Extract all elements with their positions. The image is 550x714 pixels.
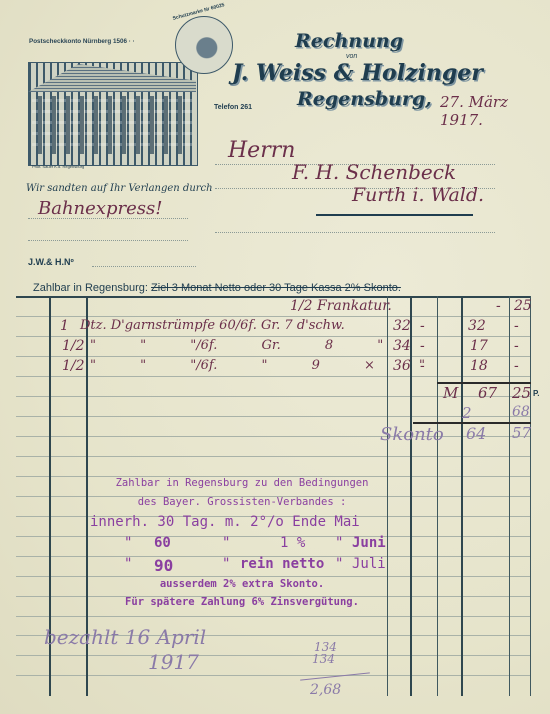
total-pf: 25 <box>512 384 531 402</box>
payment-prefix: Zahlbar in Regensburg: <box>33 282 148 294</box>
shipping-line <box>28 240 188 241</box>
line-item-unit-pf: - <box>420 358 425 374</box>
line-item-amount: - <box>496 298 501 314</box>
reference-label: J.W.& H.Nº <box>28 257 74 267</box>
ruled-line <box>16 576 531 577</box>
stamp-month-juni: Juni <box>352 535 386 551</box>
line-item-qty: 1 <box>60 318 69 334</box>
ruled-line <box>16 675 531 676</box>
column-divider <box>461 296 463 696</box>
pf-label: P. <box>533 389 540 398</box>
column-divider <box>410 296 412 696</box>
line-item-description: 1/2 Frankatur. <box>290 298 392 314</box>
ditto-mark: " <box>335 556 343 572</box>
column-divider <box>509 296 510 696</box>
trademark-emblem-icon <box>175 16 233 74</box>
building-windows <box>32 96 192 154</box>
total-amount: 67 <box>478 384 497 402</box>
telephone: Telefon 261 <box>214 104 252 111</box>
paid-note: bezahlt 16 April <box>44 625 206 649</box>
ditto-mark: " <box>124 535 132 551</box>
net-pf: 57 <box>512 424 531 442</box>
invoice-date: 27. März 1917. <box>440 93 550 129</box>
company-city: Regensburg, <box>297 88 432 110</box>
line-item-unit-price: 34 <box>393 338 411 354</box>
ruled-line <box>16 356 531 357</box>
address-underline <box>316 214 473 216</box>
pencil-sum-rule <box>300 672 370 680</box>
ruled-line <box>16 316 531 317</box>
table-top-border <box>16 296 531 298</box>
invoice-paper: Postscheckkonto Nürnberg 1506 · · Postsp… <box>0 0 550 714</box>
pencil-sum-2: 134 <box>312 652 335 666</box>
ditto-mark: " <box>222 535 230 551</box>
ruled-line <box>16 336 531 337</box>
pencil-sum-total: 2,68 <box>310 682 341 698</box>
recipient-name: F. H. Schenbeck <box>292 160 456 184</box>
ditto-mark: " <box>124 556 132 572</box>
address-line <box>215 232 495 233</box>
stamp-line-2: des Bayer. Grossisten-Verbandes : <box>92 496 392 508</box>
line-item-description: " " "/6f. Gr. 8 " <box>90 338 383 353</box>
bank-line: Postscheckkonto Nürnberg 1506 · · <box>29 38 140 46</box>
company-name: J. Weiss & Holzinger <box>232 60 483 86</box>
stamp-month-juli: Juli <box>352 556 386 572</box>
stamp-line-7: Für spätere Zahlung 6% Zinsvergütung. <box>92 596 392 608</box>
line-item-amount-pf: - <box>514 318 519 334</box>
column-divider <box>530 296 531 696</box>
shipping-method: Bahnexpress! <box>38 198 162 219</box>
line-item-qty: 1/2 <box>62 358 85 374</box>
stamp-line-1: Zahlbar in Regensburg zu den Bedingungen <box>92 477 392 489</box>
von-label: von <box>346 53 357 60</box>
ruled-line <box>16 536 531 537</box>
recipient-salutation: Herrn <box>228 138 295 163</box>
line-item-unit-pf: - <box>420 338 425 354</box>
column-divider <box>437 296 438 696</box>
line-item-description: Dtz. D'garnstrümpfe 60/6f. Gr. 7 d'schw. <box>80 318 345 333</box>
net-label: Skonto <box>380 424 444 445</box>
stamp-line-6: ausserdem 2% extra Skonto. <box>92 578 392 590</box>
recipient-place: Furth i. Wald. <box>352 184 484 206</box>
ruled-line <box>16 416 531 417</box>
line-item-amount-pf: - <box>514 358 519 374</box>
line-item-amount-pf: 25 <box>514 298 532 314</box>
ditto-mark: " <box>335 535 343 551</box>
stamp-line-3: innerh. 30 Tag. m. 2°/o Ende Mai <box>90 514 390 530</box>
discount-amount: 2 <box>462 404 472 422</box>
reference-line <box>92 266 196 267</box>
stamp-rate-1: 1 % <box>280 535 305 551</box>
ruled-line <box>16 616 531 617</box>
ruled-line <box>16 655 531 656</box>
ruled-line <box>16 436 531 437</box>
ruled-line <box>16 456 531 457</box>
line-item-description: " " "/6f. " 9 × " <box>90 358 425 373</box>
line-item-unit-price: 36 <box>393 358 411 374</box>
line-item-unit-pf: - <box>420 318 425 334</box>
line-item-amount: 32 <box>468 318 486 334</box>
line-item-qty: 1/2 <box>62 338 85 354</box>
stamp-rein-netto: rein netto <box>240 556 324 572</box>
payment-terms: Zahlbar in Regensburg: Ziel 3 Monat Nett… <box>33 282 401 294</box>
shipping-line <box>28 218 188 219</box>
stamp-days-90: 90 <box>154 556 173 575</box>
stamp-days-60: 60 <box>154 535 171 551</box>
document-title: Rechnung <box>295 30 403 52</box>
line-item-unit-price: 32 <box>393 318 411 334</box>
currency-symbol: M <box>443 384 458 402</box>
line-item-amount-pf: - <box>514 338 519 354</box>
building-caption: Phot. Sauer K.d. Regensburg <box>32 164 84 169</box>
discount-pf: 68 <box>512 404 530 420</box>
payment-struck-terms: Ziel 3 Monat Netto oder 30 Tage Kassa 2%… <box>151 282 401 294</box>
line-item-amount: 18 <box>470 358 488 374</box>
shipping-printed: Wir sandten auf Ihr Verlangen durch <box>26 183 213 194</box>
paid-year: 1917 <box>148 650 199 674</box>
ruled-line <box>16 376 531 377</box>
line-item-amount: 17 <box>470 338 488 354</box>
net-amount: 64 <box>466 424 486 443</box>
ditto-mark: " <box>222 556 230 572</box>
